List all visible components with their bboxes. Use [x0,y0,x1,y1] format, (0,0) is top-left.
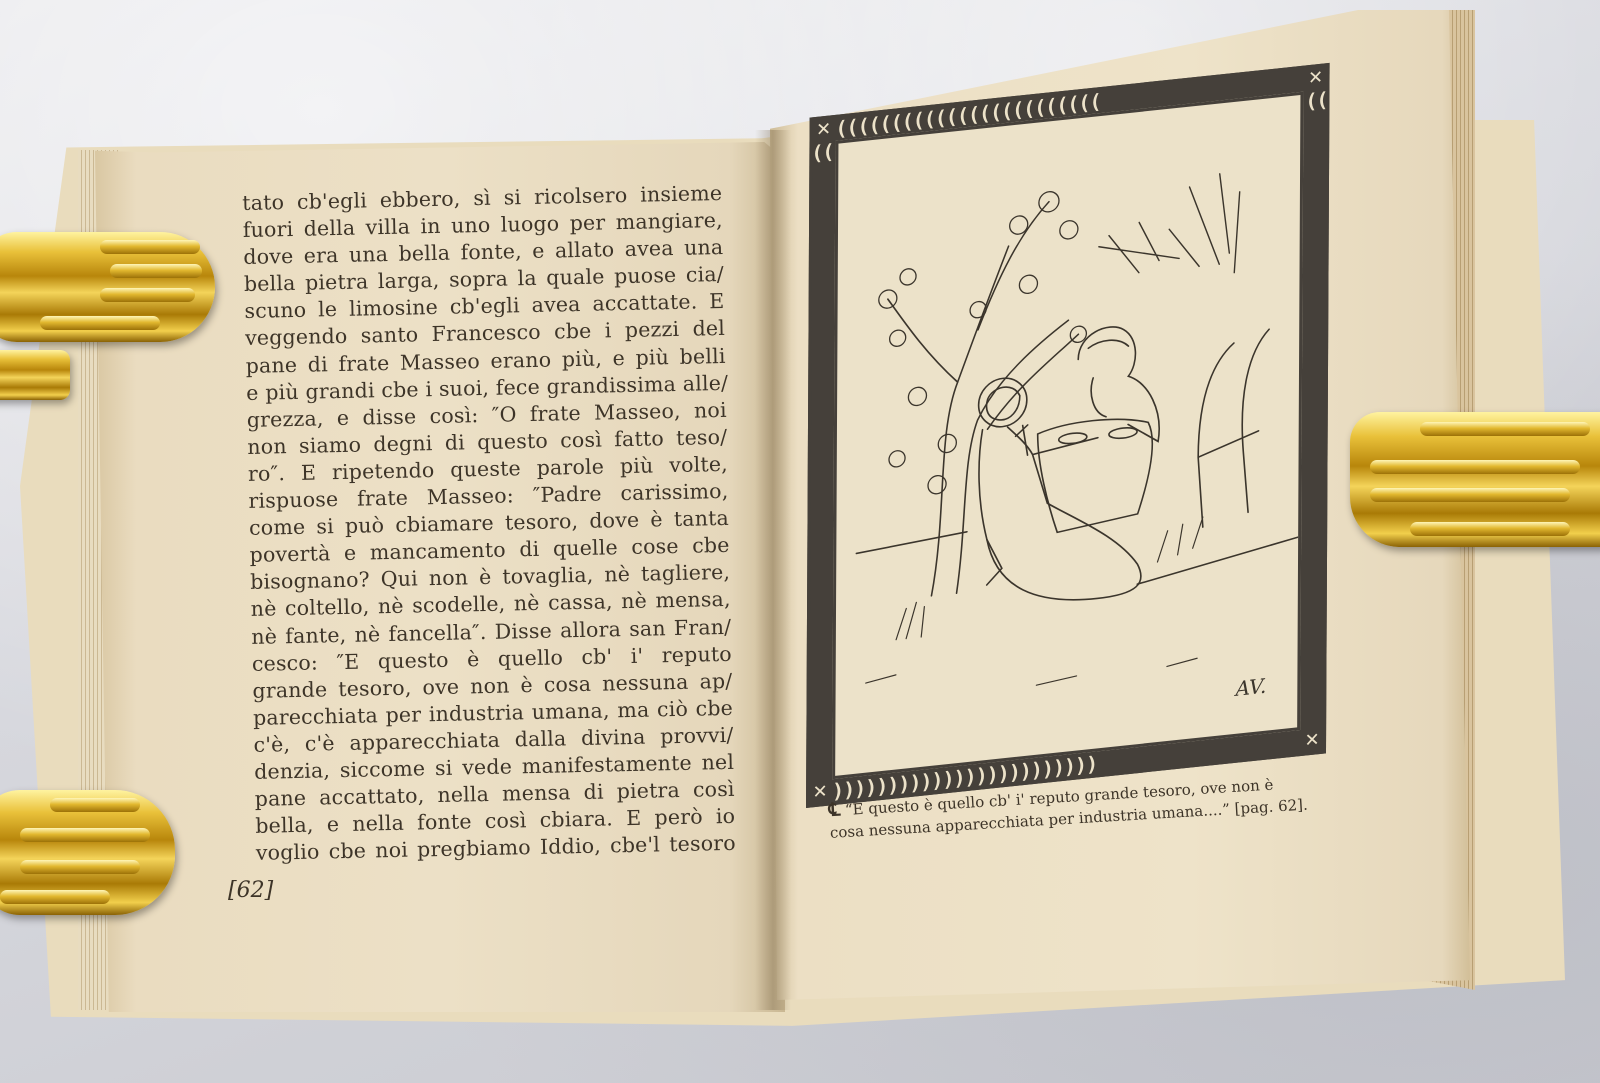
page-number: [62] [228,878,273,903]
artist-signature: AV. [1236,674,1267,701]
brass-clip-base-left-top [0,350,70,400]
brass-hand-clip-left-bottom[interactable] [0,790,175,915]
corner-cross-icon: ✕ [1301,729,1323,753]
saint-francis-drawing [835,95,1300,777]
border-left-pattern: (((((((((((((((((((((((((((((( [808,141,833,782]
paragraph-mark-icon: ℄ [828,799,841,821]
brass-hand-clip-right[interactable] [1350,412,1600,547]
corner-cross-icon: ✕ [812,118,834,142]
left-page-text: tato cb'egli ebbero, sì si ricolsero ins… [242,180,736,867]
corner-cross-icon: ✕ [1304,66,1326,90]
border-right-pattern: (((((((((((((((((((((((((((((( [1302,89,1327,730]
book-gutter [755,130,791,1010]
illustration-plate: (((((((((((((((((((((((( )))))))))))))))… [806,63,1330,808]
brass-hand-clip-left-top[interactable] [0,232,215,342]
